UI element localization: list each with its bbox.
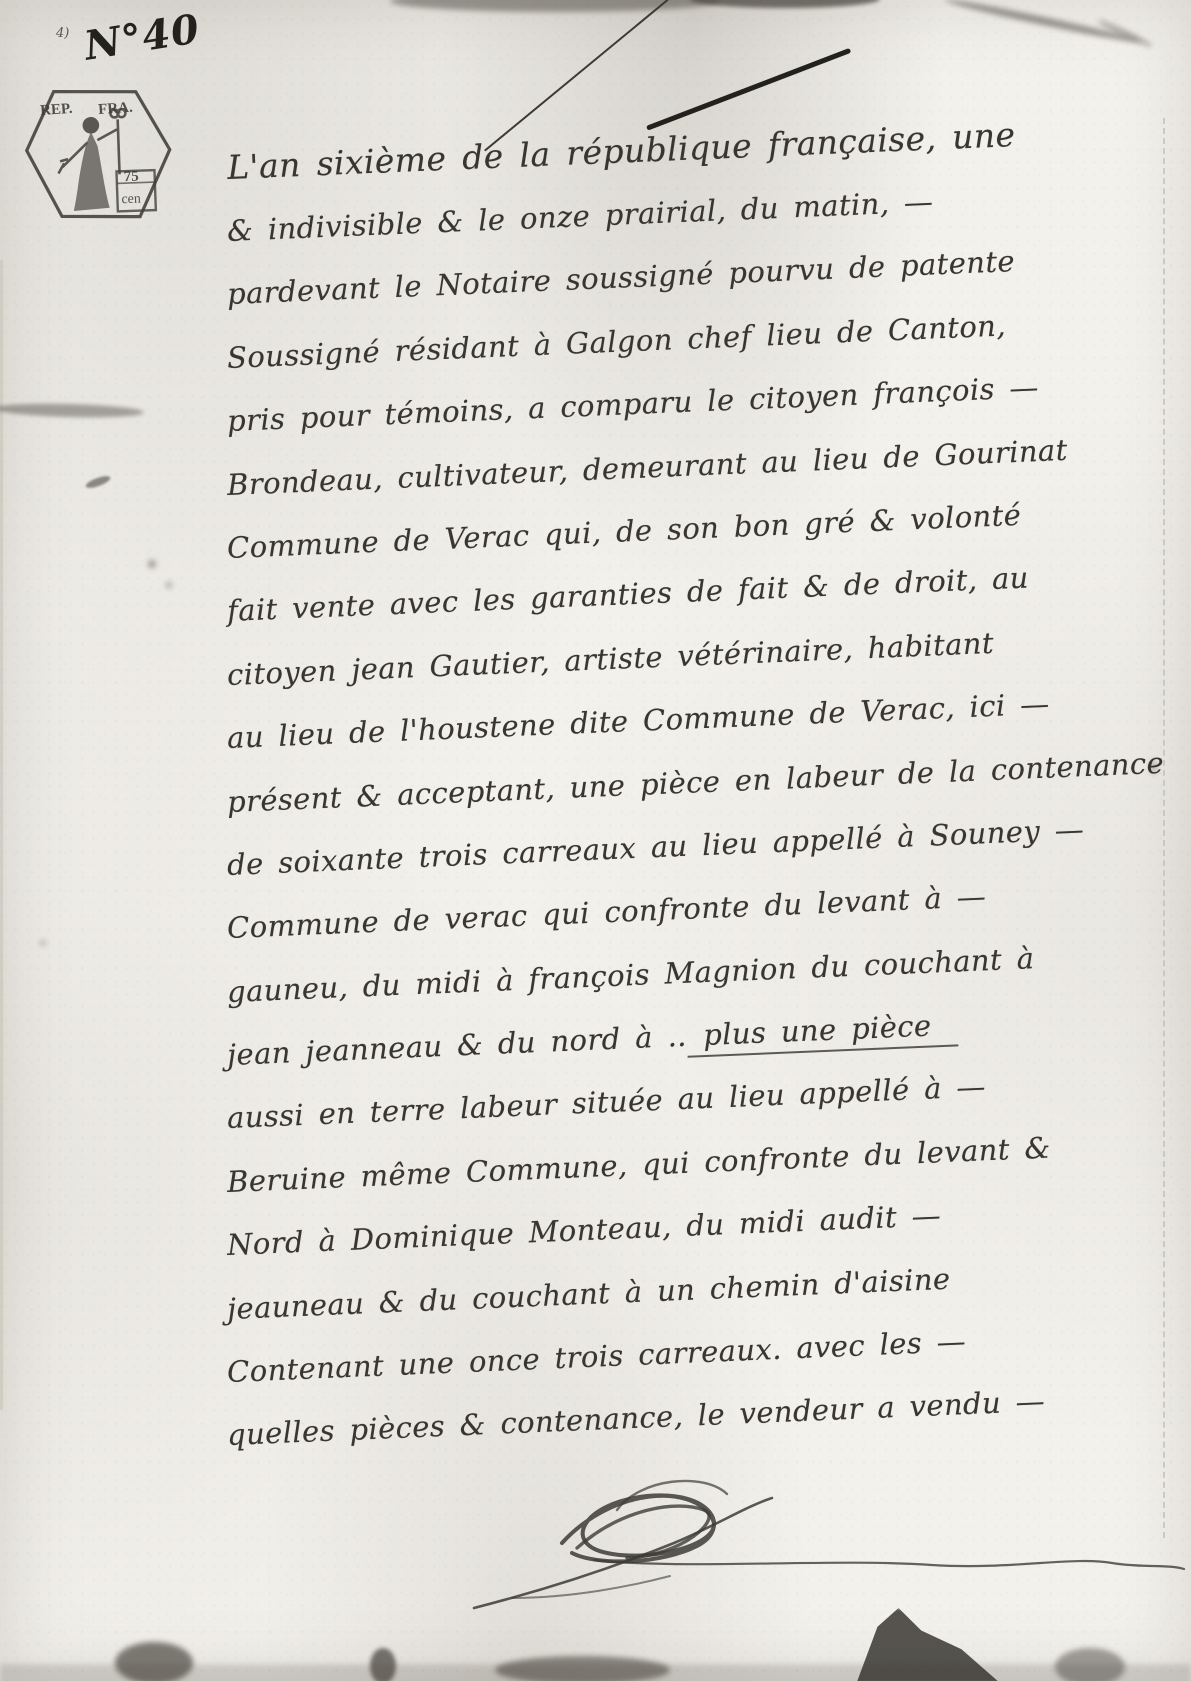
- page-number: N°40: [81, 5, 203, 70]
- notary-paraph: [412, 1448, 1191, 1652]
- stamp-value: 75: [123, 169, 139, 186]
- scan-smudge: [390, 0, 720, 12]
- stamp-unit: cen: [121, 192, 141, 208]
- scan-smudge: [0, 1664, 1191, 1681]
- page-edge-line: [0, 260, 3, 1410]
- manuscript-text: L'an sixième de la république française,…: [228, 142, 1108, 1482]
- revenue-stamp: REP. FRA. 75 cen: [17, 77, 182, 238]
- scan-smudge: [1096, 18, 1153, 50]
- stamp-label-left: REP.: [40, 101, 74, 119]
- fold-line: [1163, 118, 1165, 1538]
- scan-smudge: [115, 1642, 193, 1681]
- scanned-document-page: REP. FRA. 75 cen 4) N°40: [0, 0, 1191, 1681]
- crease-smudge: [0, 402, 144, 419]
- ink-speck: [84, 474, 111, 490]
- scan-smudge: [1055, 1648, 1125, 1681]
- stamp-denomination: 75 cen: [116, 168, 155, 211]
- scan-smudge: [943, 0, 1140, 45]
- scan-smudge: [370, 1648, 396, 1681]
- stamp-graphic: REP. FRA. 75 cen: [17, 77, 182, 234]
- scan-smudge: [495, 1656, 670, 1681]
- ink-speck: [148, 560, 156, 568]
- ink-speck: [166, 582, 172, 588]
- corner-mark: 4): [56, 26, 69, 41]
- scan-smudge: [690, 0, 880, 8]
- ink-speck: [40, 940, 46, 946]
